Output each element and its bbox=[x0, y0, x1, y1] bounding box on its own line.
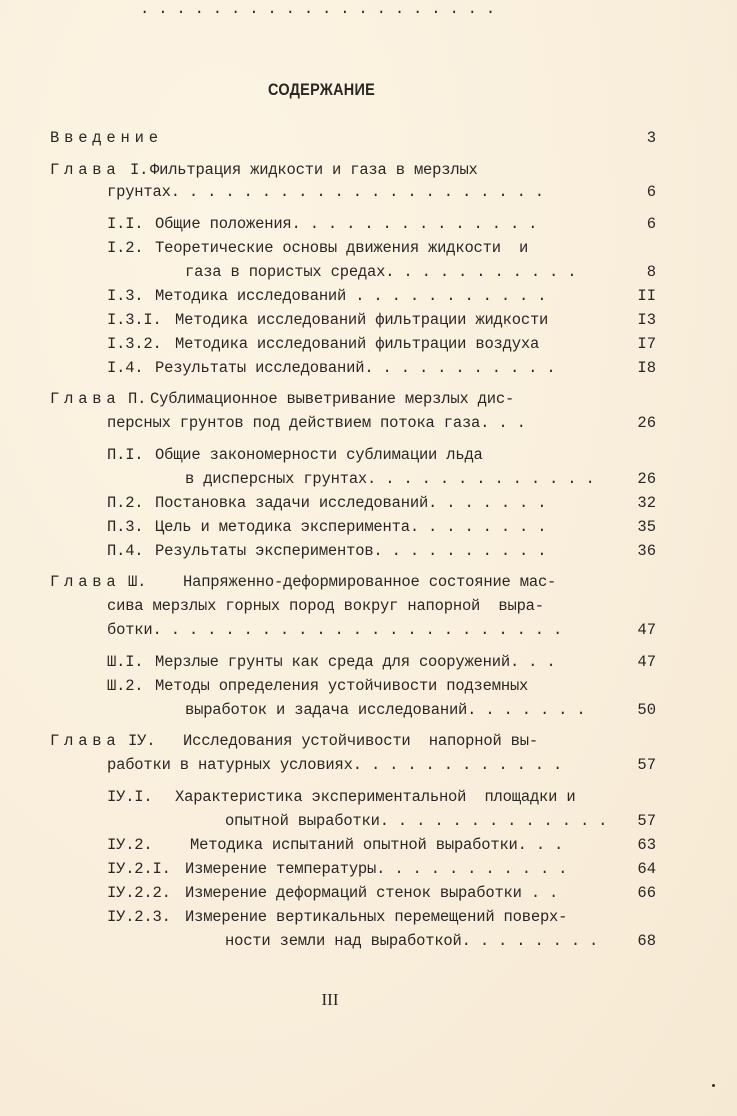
toc-page-number: 63 bbox=[600, 836, 656, 854]
toc-page-number: 47 bbox=[600, 621, 656, 639]
section-number: П.I. bbox=[107, 446, 143, 464]
toc-page-number: 68 bbox=[600, 932, 656, 950]
toc-page-number: I8 bbox=[600, 359, 656, 377]
toc-entry-text: Результаты исследований. . . . . . . . .… bbox=[155, 359, 555, 377]
toc-entry-text: Мерзлые грунты как среда для сооружений.… bbox=[155, 653, 555, 671]
toc-page-number: 6 bbox=[600, 215, 656, 233]
section-number: Ш.I. bbox=[107, 653, 143, 671]
toc-page-number: 32 bbox=[600, 494, 656, 512]
toc-page-number: 6 bbox=[600, 183, 656, 201]
toc-entry-text: Характеристика экспериментальной площадк… bbox=[175, 788, 575, 806]
page-number: III bbox=[300, 990, 360, 1010]
toc-entry-text: Методика испытаний опытной выработки. . … bbox=[190, 836, 563, 854]
toc-page-number: 26 bbox=[600, 414, 656, 432]
toc-page-number: I7 bbox=[600, 335, 656, 353]
toc-page-number: 47 bbox=[600, 653, 656, 671]
toc-entry-text: Методика исследований фильтрации жидкост… bbox=[175, 311, 548, 329]
toc-entry-text: газа в пористых средах. . . . . . . . . … bbox=[185, 263, 576, 281]
toc-entry-text: Общие закономерности сублимации льда bbox=[155, 446, 483, 464]
toc-entry-text: опытной выработки. . . . . . . . . . . .… bbox=[225, 812, 607, 830]
section-number: IУ.I. bbox=[107, 788, 153, 806]
section-number: I.2. bbox=[107, 239, 143, 257]
section-number: I.3.2. bbox=[107, 335, 162, 353]
toc-page-number: 8 bbox=[600, 263, 656, 281]
toc-prefix: Глава bbox=[50, 573, 121, 591]
section-number: IУ.2.3. bbox=[107, 908, 171, 926]
section-number: I.4. bbox=[107, 359, 143, 377]
toc-prefix: Глава bbox=[50, 161, 121, 179]
toc-prefix: Глава bbox=[50, 732, 121, 750]
chapter-number: IУ. bbox=[128, 732, 155, 750]
toc-page-number: 64 bbox=[600, 860, 656, 878]
toc-prefix: Глава bbox=[50, 390, 121, 408]
toc-entry-text: Исследования устойчивости напорной вы- bbox=[183, 732, 538, 750]
toc-entry-text: Постановка задачи исследований. . . . . … bbox=[155, 494, 546, 512]
section-number: IУ.2. bbox=[107, 836, 153, 854]
toc-entry-text: Методика исследований . . . . . . . . . … bbox=[155, 287, 546, 305]
toc-page-number: 57 bbox=[600, 756, 656, 774]
toc-page-number: 26 bbox=[600, 470, 656, 488]
toc-entry-text: Измерение температуры. . . . . . . . . .… bbox=[185, 860, 567, 878]
toc-entry-text: Измерение вертикальных перемещений повер… bbox=[185, 908, 567, 926]
section-number: I.I. bbox=[107, 215, 143, 233]
toc-entry-text: ботки. . . . . . . . . . . . . . . . . .… bbox=[107, 621, 562, 639]
toc-entry-text: сива мерзлых горных пород вокруг напорно… bbox=[107, 597, 544, 615]
toc-entry-text: Фильтрация жидкости и газа в мерзлых bbox=[150, 161, 478, 179]
section-number: I.3.I. bbox=[107, 311, 162, 329]
section-number: IУ.2.I. bbox=[107, 860, 171, 878]
toc-entry-text: Цель и методика эксперимента. . . . . . … bbox=[155, 518, 546, 536]
toc-entry-text: персных грунтов под действием потока газ… bbox=[107, 414, 526, 432]
section-number: I.3. bbox=[107, 287, 143, 305]
section-number: П.2. bbox=[107, 494, 143, 512]
toc-page-number: 36 bbox=[600, 542, 656, 560]
toc-entry-text: в дисперсных грунтах. . . . . . . . . . … bbox=[185, 470, 595, 488]
page-title: СОДЕРЖАНИЕ bbox=[50, 80, 594, 100]
toc-entry-text: Измерение деформаций стенок выработки . … bbox=[185, 884, 558, 902]
toc-page-number: 50 bbox=[600, 701, 656, 719]
toc-page-number: II bbox=[600, 287, 656, 305]
section-number: П.3. bbox=[107, 518, 143, 536]
toc-entry-text: Методы определения устойчивости подземны… bbox=[155, 677, 528, 695]
section-number: Ш.2. bbox=[107, 677, 143, 695]
toc-entry-text: Теоретические основы движения жидкости и bbox=[155, 239, 528, 257]
chapter-number: I. bbox=[130, 161, 148, 179]
section-number: IУ.2.2. bbox=[107, 884, 171, 902]
chapter-number: Ш. bbox=[128, 573, 146, 591]
toc-entry-text: работки в натурных условиях. . . . . . .… bbox=[107, 756, 562, 774]
toc-entry-text: . . . . . . . . . . . . . . . . . . . . bbox=[140, 0, 495, 18]
toc-entry-text: грунтах. . . . . . . . . . . . . . . . .… bbox=[107, 183, 544, 201]
toc-prefix: Введение bbox=[50, 129, 163, 147]
toc-page-number: I3 bbox=[600, 311, 656, 329]
toc-entry-text: Напряженно-деформированное состояние мас… bbox=[183, 573, 556, 591]
toc-entry-text: Методика исследований фильтрации воздуха bbox=[175, 335, 539, 353]
chapter-number: П. bbox=[128, 390, 146, 408]
section-number: П.4. bbox=[107, 542, 143, 560]
toc-page-number: 3 bbox=[600, 129, 656, 147]
toc-entry-text: выработок и задача исследований. . . . .… bbox=[185, 701, 585, 719]
toc-page-number: 66 bbox=[600, 884, 656, 902]
toc-entry-text: ности земли над выработкой. . . . . . . … bbox=[225, 932, 598, 950]
toc-page-number: 57 bbox=[600, 812, 656, 830]
toc-entry-text: Результаты экспериментов. . . . . . . . … bbox=[155, 542, 546, 560]
toc-entry-text: Общие положения. . . . . . . . . . . . .… bbox=[155, 215, 537, 233]
toc-page-number: 35 bbox=[600, 518, 656, 536]
paper-speck bbox=[712, 1084, 715, 1087]
toc-entry-text: Сублимационное выветривание мерзлых дис- bbox=[150, 390, 514, 408]
